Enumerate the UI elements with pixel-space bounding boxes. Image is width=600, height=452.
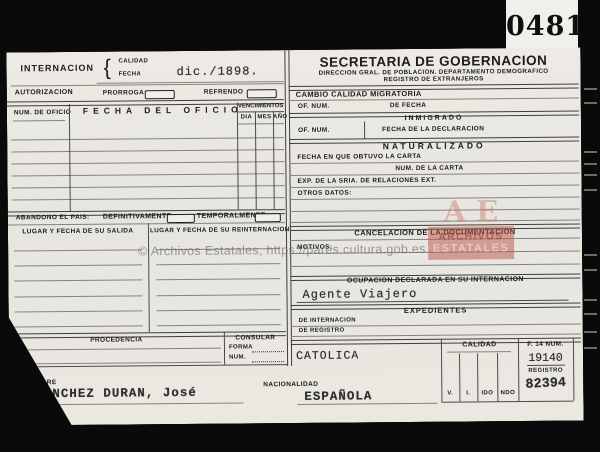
ocupacion-header: OCUPACION DECLARADA EN SU INTERNACION — [290, 276, 580, 286]
vencimientos-header: VENCIMIENTOS — [238, 103, 284, 109]
rule-line — [11, 149, 284, 152]
nombre-label: NOMBRE — [25, 379, 56, 386]
rule-line — [14, 279, 142, 281]
dia-subheader: DIA — [238, 114, 255, 120]
edge-mark — [584, 269, 597, 271]
religion-value: CATOLICA — [296, 349, 359, 363]
de-fecha-label: DE FECHA — [390, 102, 426, 109]
dotted-line — [252, 360, 284, 362]
rule-line — [11, 137, 284, 140]
edge-mark — [584, 174, 597, 176]
rule-line — [289, 161, 579, 165]
refrendo-label: REFRENDO — [204, 88, 244, 95]
archivos-estatales-logo: A E ARCHIVOS ESTATALES — [428, 194, 515, 261]
rule-line — [157, 324, 281, 326]
edge-mark — [584, 102, 597, 104]
rule-line — [289, 173, 579, 177]
fecha-internacion-value: dic./1898. — [176, 64, 258, 79]
field-divider — [364, 121, 365, 138]
rule-line — [237, 123, 284, 124]
rule-line — [447, 351, 511, 353]
rule-line — [31, 402, 243, 405]
consular-label: CONSULAR — [224, 334, 287, 342]
de-internacion-label: DE INTERNACION — [299, 317, 356, 323]
registro-number-value: 82394 — [518, 376, 574, 393]
folio-number: 0481 — [506, 11, 578, 42]
rule-line — [8, 222, 285, 225]
edge-mark — [584, 331, 597, 333]
of-num2-label: OF. NUM. — [298, 127, 330, 134]
rule-line — [156, 263, 280, 265]
rule-line — [11, 161, 284, 164]
internacion-label: INTERNACION — [20, 63, 94, 74]
refrendo-checkbox — [247, 89, 277, 98]
rule-line — [156, 278, 280, 280]
temporalmente-checkbox — [255, 213, 281, 222]
folio-strip: 0481 — [506, 0, 578, 52]
center-divider — [284, 50, 292, 366]
rule-line — [12, 197, 285, 200]
agency-subtitle-2: REGISTRO DE EXTRANJEROS — [289, 75, 579, 85]
nombre-value: SANCHEZ DURAN, José — [35, 386, 197, 401]
calidad-col-ido: IDO — [477, 390, 497, 396]
prorroga-label: PRORROGA — [103, 89, 145, 96]
rule-line — [157, 309, 281, 311]
ano-subheader: AÑO — [273, 114, 285, 120]
forma-label: FORMA — [229, 344, 253, 350]
oficio-col-fecha-header: FECHA DEL OFICIO — [83, 104, 243, 115]
calidad-col-v: V. — [441, 391, 459, 397]
rule-line — [237, 111, 284, 112]
rule-line — [297, 403, 437, 405]
f14-num-value: 19140 — [518, 352, 573, 365]
calidad-col-ndo: NDO — [497, 390, 518, 396]
rule-line — [157, 294, 281, 296]
nacionalidad-value: ESPAÑOLA — [304, 389, 372, 404]
dotted-line — [252, 350, 284, 352]
mes-subheader: MES — [256, 114, 273, 120]
brace-glyph: { — [103, 53, 111, 83]
rule-line — [13, 348, 221, 351]
rule-line — [291, 324, 581, 328]
calidad-box-header: CALIDAD — [441, 341, 518, 349]
archive-copyright-watermark: © Archivos Estatales, https://pares.cult… — [138, 242, 426, 259]
rule-line — [9, 364, 287, 367]
logo-word-archivos: ARCHIVOS — [439, 231, 504, 243]
column-divider — [148, 223, 150, 332]
oficio-col-num-header: NUM. DE OFICIO — [14, 109, 71, 116]
scanned-document-background: 0481 INTERNACION { CALIDAD FECHA dic./18… — [0, 0, 600, 452]
table-divider — [69, 104, 71, 211]
nacionalidad-label: NACIONALIDAD — [263, 381, 318, 388]
procedencia-label: PROCEDENCIA — [9, 336, 224, 345]
exp-sria-label: EXP. DE LA SRIA. DE RELACIONES EXT. — [297, 177, 436, 185]
prorroga-checkbox — [145, 90, 175, 99]
rule-line — [13, 120, 65, 121]
rule-line — [290, 264, 580, 268]
otros-datos-label: OTROS DATOS: — [298, 190, 352, 197]
rule-line — [290, 185, 580, 189]
rule-line — [441, 401, 573, 403]
edge-mark — [584, 163, 597, 165]
rule-line — [15, 295, 143, 297]
registro-label: REGISTRO — [518, 368, 573, 374]
rule-line — [14, 264, 142, 266]
definitivamente-checkbox — [167, 214, 195, 223]
calidad-col-i: I. — [459, 390, 477, 396]
reinternacion-header: LUGAR Y FECHA DE SU REINTERNACION — [150, 226, 286, 234]
abandono-label: ABANDONO EL PAIS: — [16, 214, 90, 222]
rule-line — [12, 185, 285, 188]
rule-line — [291, 334, 581, 338]
fecha-carta-label: FECHA EN QUE OBTUVO LA CARTA — [297, 153, 421, 161]
edge-mark — [584, 313, 597, 315]
edge-mark — [584, 189, 597, 191]
rule-line — [11, 173, 284, 176]
num-carta-label: NUM. DE LA CARTA — [395, 165, 463, 173]
calidad-label: CALIDAD — [118, 58, 148, 64]
cambio-calidad-header: CAMBIO CALIDAD MIGRATORIA — [296, 89, 422, 99]
expedientes-header: EXPEDIENTES — [291, 305, 581, 317]
of-num-label: OF. NUM. — [298, 103, 330, 110]
logo-letters: A E — [428, 194, 514, 227]
autorizacion-label: AUTORIZACION — [15, 89, 73, 97]
fecha-label: FECHA — [119, 71, 142, 77]
edge-mark — [584, 88, 597, 90]
fecha-declaracion-label: FECHA DE LA DECLARACION — [382, 125, 484, 133]
rule-line — [15, 310, 143, 312]
salida-header: LUGAR Y FECHA DE SU SALIDA — [8, 227, 148, 235]
logo-word-estatales: ESTATALES — [433, 242, 510, 255]
edge-mark — [584, 347, 597, 349]
logo-band: ARCHIVOS ESTATALES — [428, 226, 514, 260]
inmigrado-header: INMIGRADO — [289, 114, 579, 124]
ocupacion-value: Agente Viajero — [302, 287, 417, 302]
naturalizado-header: NATURALIZADO — [289, 140, 579, 153]
edge-mark — [584, 151, 597, 153]
edge-mark — [584, 299, 597, 301]
f14-num-label: F. 14 NUM. — [518, 341, 573, 348]
edge-mark — [584, 254, 597, 256]
registration-card: INTERNACION { CALIDAD FECHA dic./1898. A… — [6, 48, 583, 426]
rule-line — [14, 249, 142, 251]
de-registro-label: DE REGISTRO — [299, 328, 345, 334]
rule-line — [527, 365, 565, 366]
definitivamente-label: DEFINITIVAMENTE — [103, 213, 172, 221]
num-label: NUM. — [229, 354, 246, 360]
rule-line — [11, 83, 284, 86]
rule-line — [15, 325, 143, 327]
